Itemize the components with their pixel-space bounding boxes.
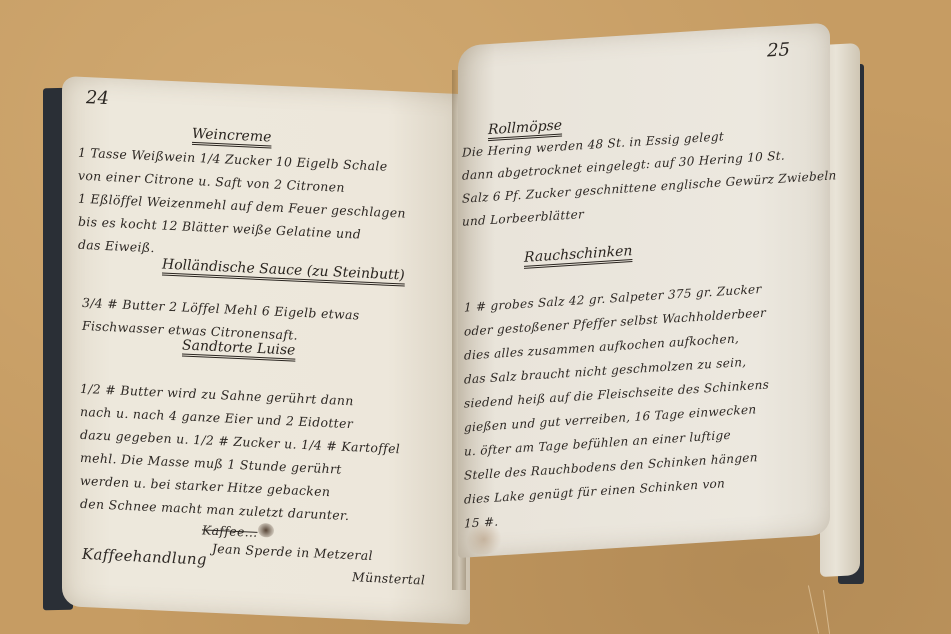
signature-line-2: Münstertal xyxy=(352,565,425,591)
stain xyxy=(464,523,504,556)
ink-blot xyxy=(258,523,274,538)
recipe-title-rollmopse: Rollmöpse xyxy=(488,117,562,138)
page-number-right: 25 xyxy=(767,39,790,61)
recipe-title-rauchschinken: Rauchschinken xyxy=(524,243,632,266)
recipe-body-sandtorte: 1/2 # Butter wird zu Sahne gerührt dann … xyxy=(80,377,400,530)
page-number-left: 24 xyxy=(86,87,109,109)
recipe-body-weincreme: 1 Tasse Weißwein 1/4 Zucker 10 Eigelb Sc… xyxy=(78,141,406,271)
left-page: 24 Weincreme 1 Tasse Weißwein 1/4 Zucker… xyxy=(62,76,470,625)
desk-scratch xyxy=(808,585,819,633)
right-page: 25 Rollmöpse Die Hering werden 48 St. in… xyxy=(458,23,830,558)
signature-left-word: Kaffeehandlung xyxy=(82,543,207,572)
signature-line-1: Jean Sperde in Metzeral xyxy=(212,537,373,567)
desk-scratch xyxy=(823,590,830,634)
recipe-title-weincreme: Weincreme xyxy=(192,126,271,146)
recipe-body-rauchschinken: 1 # grobes Salz 42 gr. Salpeter 375 gr. … xyxy=(464,276,769,535)
